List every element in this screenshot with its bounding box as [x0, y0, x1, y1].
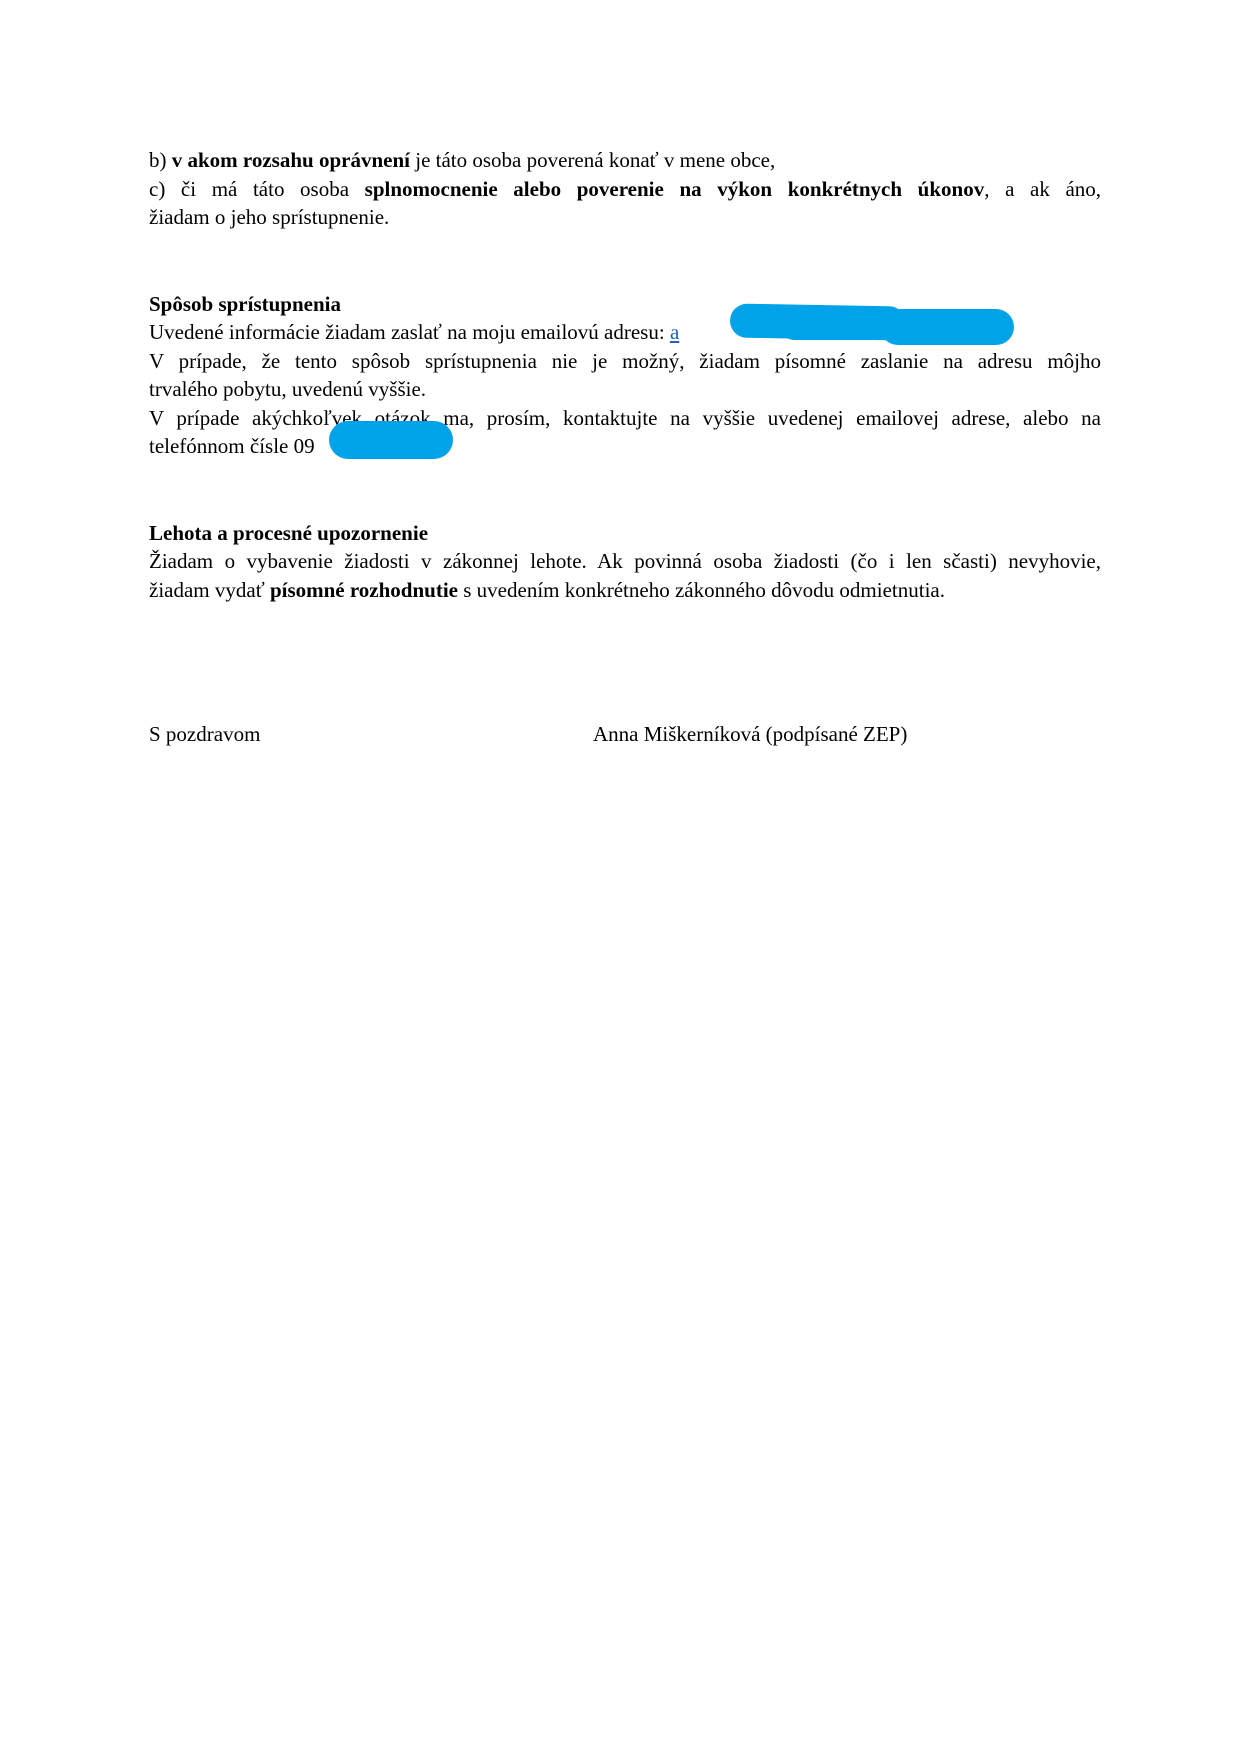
email-redaction-3 [780, 310, 970, 340]
closing: S pozdravom [149, 720, 260, 749]
deadline-heading: Lehota a procesné upozornenie [149, 519, 1101, 548]
item-b: b) v akom rozsahu oprávnení je táto osob… [149, 146, 1101, 175]
item-b-suffix: je táto osoba poverená konať v mene obce… [410, 148, 775, 172]
contact-line-1: V prípade akýchkoľvek otázok ma, prosím,… [149, 404, 1101, 433]
alternative-line-2: trvalého pobytu, uvedenú vyššie. [149, 375, 1101, 404]
signature-row: S pozdravom Anna Miškerníková (podpísané… [149, 720, 1101, 748]
item-c-bold: splnomocnenie alebo poverenie na výkon k… [365, 177, 985, 201]
deadline-line-2-bold: písomné rozhodnutie [270, 578, 458, 602]
item-b-bold: v akom rozsahu oprávnení [172, 148, 410, 172]
item-c-suffix: , a ak áno, [984, 177, 1101, 201]
deadline-line-2-suffix: s uvedením konkrétneho zákonného dôvodu … [458, 578, 945, 602]
contact-line-2: telefónnom čísle 09 [149, 432, 1101, 461]
document-page: b) v akom rozsahu oprávnení je táto osob… [149, 146, 1101, 748]
deadline-line-2-prefix: žiadam vydať [149, 578, 270, 602]
alternative-line-1: V prípade, že tento spôsob sprístupnenia… [149, 347, 1101, 376]
deadline-line-1: Žiadam o vybavenie žiadosti v zákonnej l… [149, 547, 1101, 576]
item-c-continuation: žiadam o jeho sprístupnenie. [149, 203, 1101, 232]
phone-prefix: telefónnom čísle 09 [149, 434, 315, 458]
email-line-prefix: Uvedené informácie žiadam zaslať na moju… [149, 320, 670, 344]
signer-name: Anna Miškerníková (podpísané ZEP) [593, 720, 907, 749]
email-link[interactable]: a [670, 320, 679, 344]
phone-redaction [329, 421, 453, 459]
item-c-prefix: c) či má táto osoba [149, 177, 365, 201]
deadline-line-2: žiadam vydať písomné rozhodnutie s uvede… [149, 576, 1101, 605]
item-c: c) či má táto osoba splnomocnenie alebo … [149, 175, 1101, 204]
item-b-prefix: b) [149, 148, 172, 172]
